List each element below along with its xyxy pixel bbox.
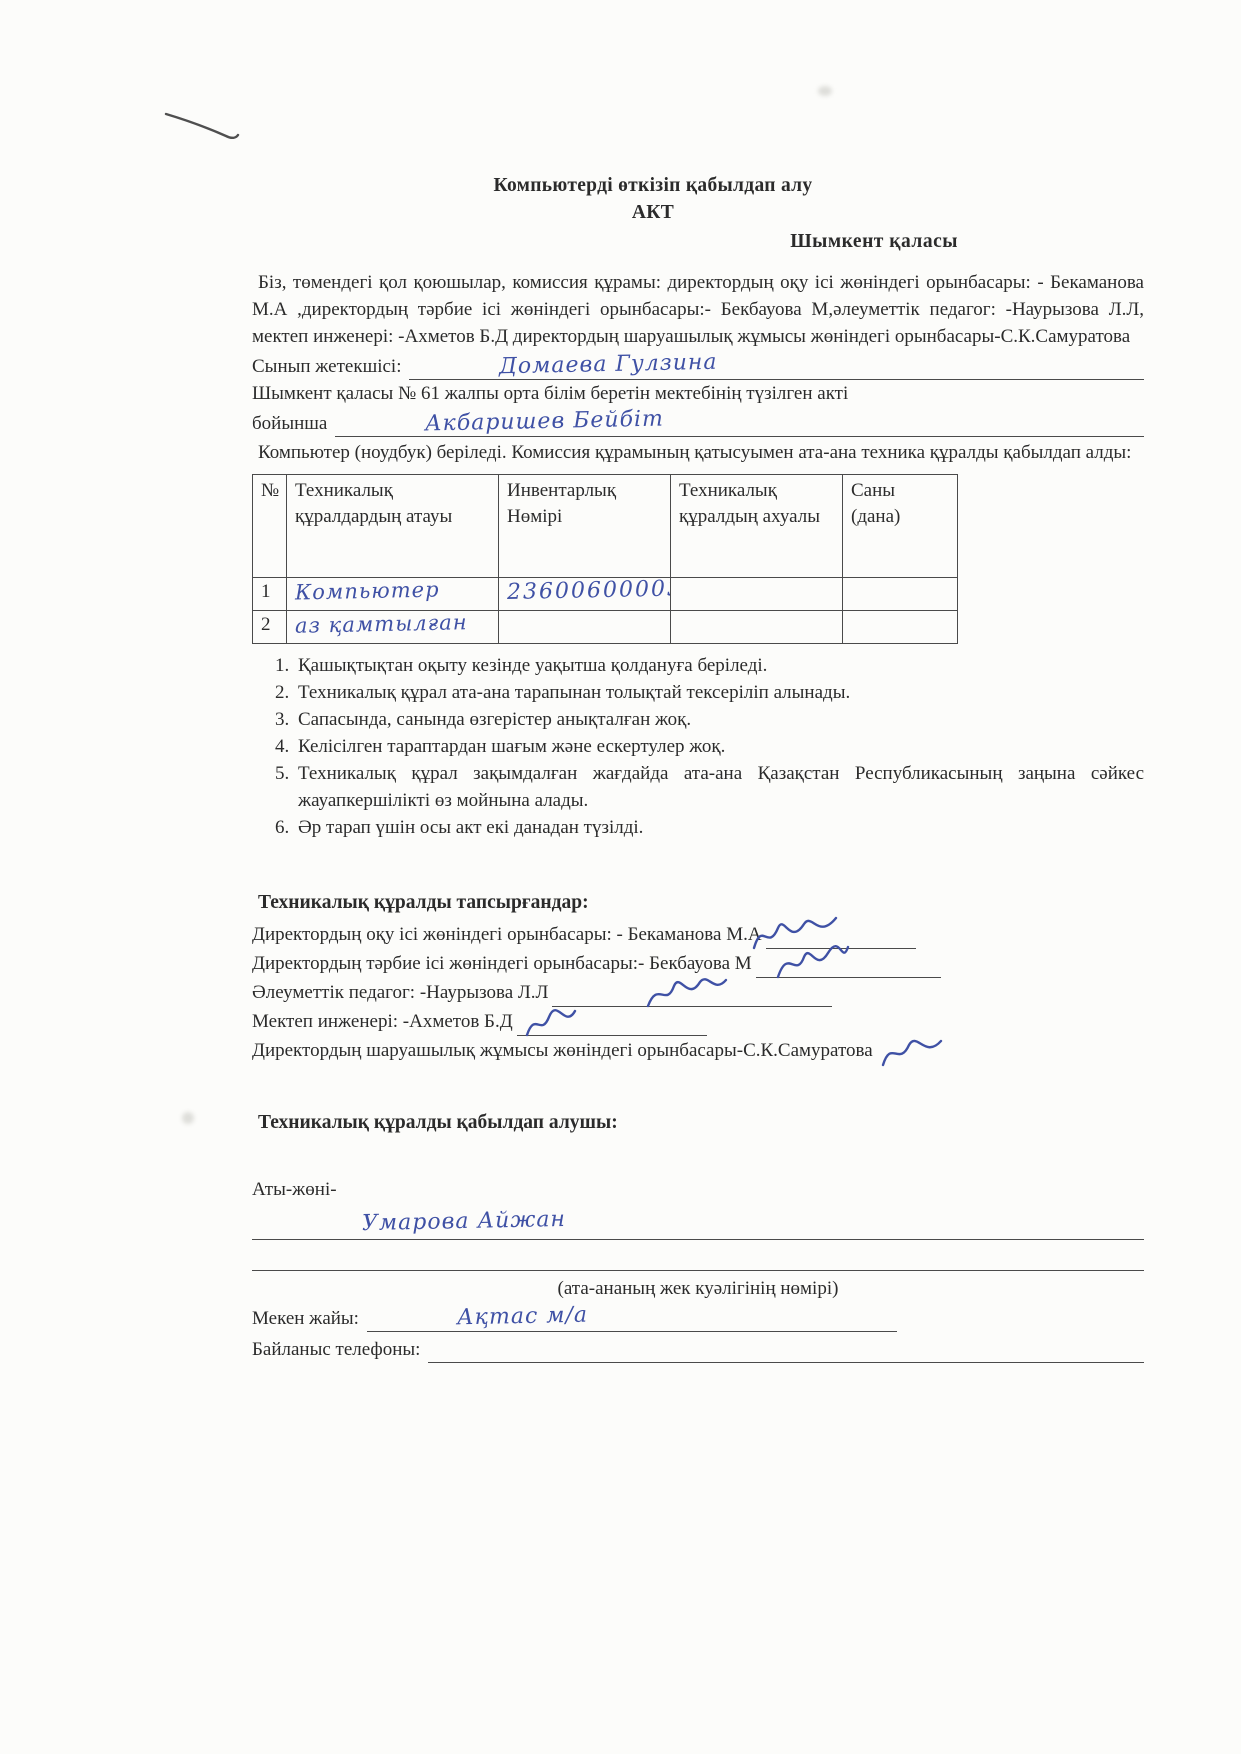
document-subtitle-act: АКТ [252,199,1144,226]
signer-label: Әлеуметтік педагог: -Наурызова Л.Л [252,978,548,1007]
scan-artifact [182,1112,194,1124]
term-item: Келісілген тараптардан шағым және ескерт… [294,733,1144,760]
address-line: Мекен жайы: Ақтас м/а [252,1304,1144,1332]
signature-area [877,1059,967,1065]
table-row: 1 Компьютер 236006000039 [253,578,958,611]
signer-label: Мектеп инженері: -Ахметов Б.Д [252,1007,513,1036]
signature-squiggle [521,1003,583,1041]
pen-stroke-mark [160,106,244,150]
intro-paragraph: Біз, төмендегі қол қоюшылар, комиссия құ… [252,269,1144,350]
handwritten-student-name: Акбаришев Бейбіт [425,408,664,437]
act-by-label: бойынша [252,410,327,437]
cell-quantity [843,578,958,611]
cell-condition [671,611,843,644]
class-teacher-underline: Домаева Гулзина [409,352,1144,380]
address-underline: Ақтас м/а [367,1304,897,1332]
signature-underline [552,1000,832,1007]
signer-label: Директордың оқу ісі жөніндегі орынбасары… [252,920,762,949]
handwritten-class-teacher-name: Домаева Гулзина [499,351,718,380]
cell-equipment-name: Компьютер [287,578,499,611]
col-header-quantity: Саны (дана) [843,475,958,578]
act-by-line: бойынша Акбаришев Бейбіт [252,409,1144,437]
cell-row-number: 1 [253,578,287,611]
handwritten-inventory-number: 236006000039 [507,578,671,606]
class-teacher-line: Сынып жетекшісі: Домаева Гулзина [252,352,1144,380]
signature-squiggle [770,939,854,983]
signature-underline [517,1029,707,1036]
cell-quantity [843,611,958,644]
col-header-inventory-number: Инвентарлық Нөмірі [499,475,671,578]
receiver-name-label: Аты-жөні- [252,1176,1144,1203]
phone-underline [428,1340,1144,1363]
receiver-section-heading: Техникалық құралды қабылдап алушы: [258,1109,1144,1136]
blank-underline [252,1246,1144,1271]
equipment-table: № Техникалық құралдардың атауы Инвентарл… [252,474,958,644]
class-teacher-label: Сынып жетекшісі: [252,353,401,380]
phone-line: Байланыс телефоны: [252,1336,1144,1363]
handwritten-equipment-name: аз қамтылған [295,611,468,638]
act-by-underline: Акбаришев Бейбіт [335,409,1144,437]
scan-artifact [818,86,832,96]
cell-inventory-number [499,611,671,644]
col-header-number: № [253,475,287,578]
document-title: Компьютерді өткізіп қабылдап алу [252,172,1144,199]
signer-line: Директордың шаруашылық жұмысы жөніндегі … [252,1036,1144,1065]
term-item: Техникалық құрал ата-ана тарапынан толық… [294,679,1144,706]
handwritten-equipment-name: Компьютер [295,578,440,605]
signature-squiggle [877,1031,949,1071]
cell-row-number: 2 [253,611,287,644]
terms-list: Қашықтықтан оқыту кезінде уақытша қолдан… [252,652,1144,841]
signature-underline [756,971,941,978]
cell-equipment-name: аз қамтылған [287,611,499,644]
signer-line: Директордың оқу ісі жөніндегі орынбасары… [252,920,1144,949]
handwritten-address: Ақтас м/а [457,1304,589,1331]
signer-line: Әлеуметтік педагог: -Наурызова Л.Л [252,978,1144,1007]
school-line: Шымкент қаласы № 61 жалпы орта білім бер… [252,380,1144,407]
col-header-condition: Техникалық құралдың ахуалы [671,475,843,578]
term-item: Сапасында, санында өзгерістер анықталған… [294,706,1144,733]
cell-inventory-number: 236006000039 [499,578,671,611]
id-number-caption: (ата-ананың жек куәлігінің нөмірі) [252,1275,1144,1302]
city-label: Шымкент қаласы [252,228,1144,255]
col-header-equipment-name: Техникалық құралдардың атауы [287,475,499,578]
table-row: 2 аз қамтылған [253,611,958,644]
receiver-name-underline: Умарова Айжан [252,1209,1144,1240]
cell-condition [671,578,843,611]
handover-section-heading: Техникалық құралды тапсырғандар: [258,889,1144,916]
term-item: Техникалық құрал зақымдалған жағдайда ат… [294,760,1144,814]
address-label: Мекен жайы: [252,1305,359,1332]
document-content: Компьютерді өткізіп қабылдап алу АКТ Шым… [252,172,1144,1363]
handover-paragraph: Компьютер (ноудбук) беріледі. Комиссия қ… [252,439,1144,466]
table-header-row: № Техникалық құралдардың атауы Инвентарл… [253,475,958,578]
handwritten-receiver-name: Умарова Айжан [362,1208,566,1236]
term-item: Әр тарап үшін осы акт екі данадан түзілд… [294,814,1144,841]
term-item: Қашықтықтан оқыту кезінде уақытша қолдан… [294,652,1144,679]
signature-squiggle [642,970,732,1012]
phone-label: Байланыс телефоны: [252,1336,420,1363]
scanned-document-page: Компьютерді өткізіп қабылдап алу АКТ Шым… [0,0,1241,1754]
